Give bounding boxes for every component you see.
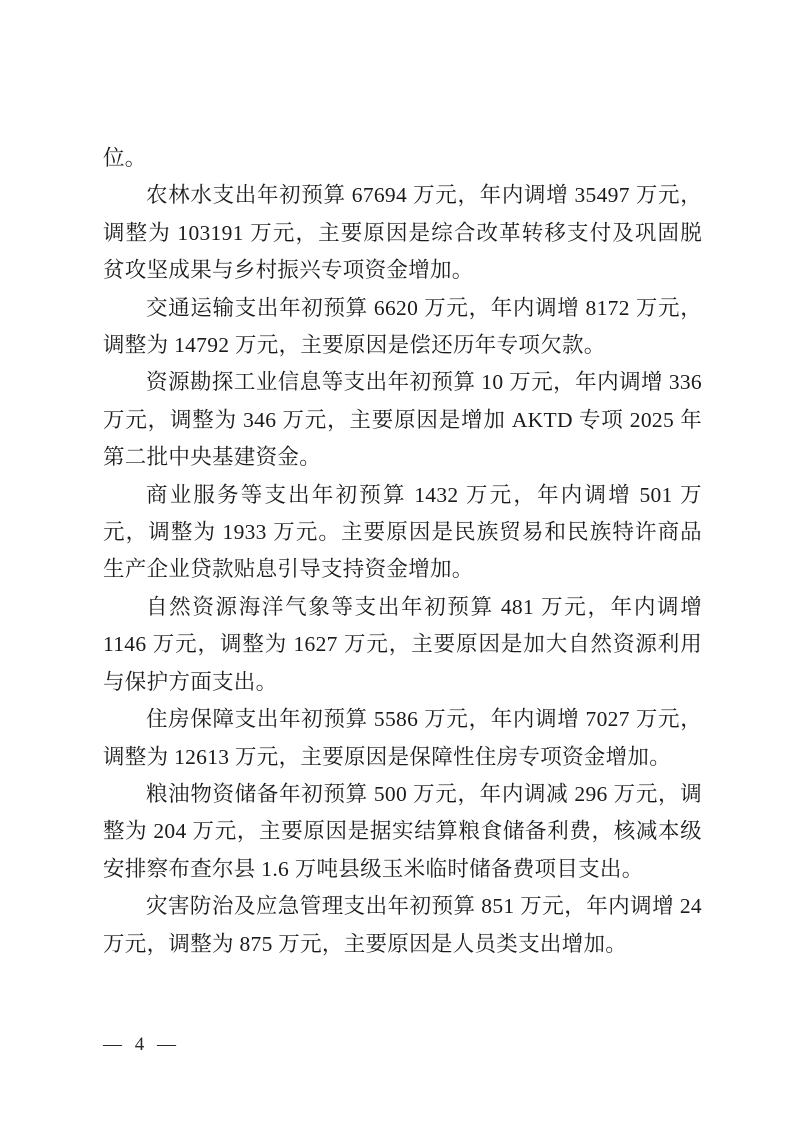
document-body: 位。 农林水支出年初预算 67694 万元，年内调增 35497 万元，调整为 …: [103, 140, 702, 963]
paragraph-agriculture-forestry-water: 农林水支出年初预算 67694 万元，年内调增 35497 万元，调整为 103…: [103, 177, 702, 289]
paragraph-continuation: 位。: [103, 140, 702, 177]
paragraph-housing-security: 住房保障支出年初预算 5586 万元，年内调增 7027 万元，调整为 1261…: [103, 701, 702, 776]
paragraph-grain-oil-reserves: 粮油物资储备年初预算 500 万元，年内调减 296 万元，调整为 204 万元…: [103, 776, 702, 888]
document-page: 位。 农林水支出年初预算 67694 万元，年内调增 35497 万元，调整为 …: [0, 0, 793, 1122]
paragraph-natural-resources-ocean-weather: 自然资源海洋气象等支出年初预算 481 万元，年内调增 1146 万元，调整为 …: [103, 589, 702, 701]
paragraph-resource-exploration-industry-info: 资源勘探工业信息等支出年初预算 10 万元，年内调增 336 万元，调整为 34…: [103, 364, 702, 476]
paragraph-transportation: 交通运输支出年初预算 6620 万元，年内调增 8172 万元，调整为 1479…: [103, 290, 702, 365]
page-number: — 4 —: [103, 1034, 180, 1056]
paragraph-commercial-services: 商业服务等支出年初预算 1432 万元，年内调增 501 万元，调整为 1933…: [103, 477, 702, 589]
paragraph-disaster-prevention-emergency: 灾害防治及应急管理支出年初预算 851 万元，年内调增 24 万元，调整为 87…: [103, 888, 702, 963]
